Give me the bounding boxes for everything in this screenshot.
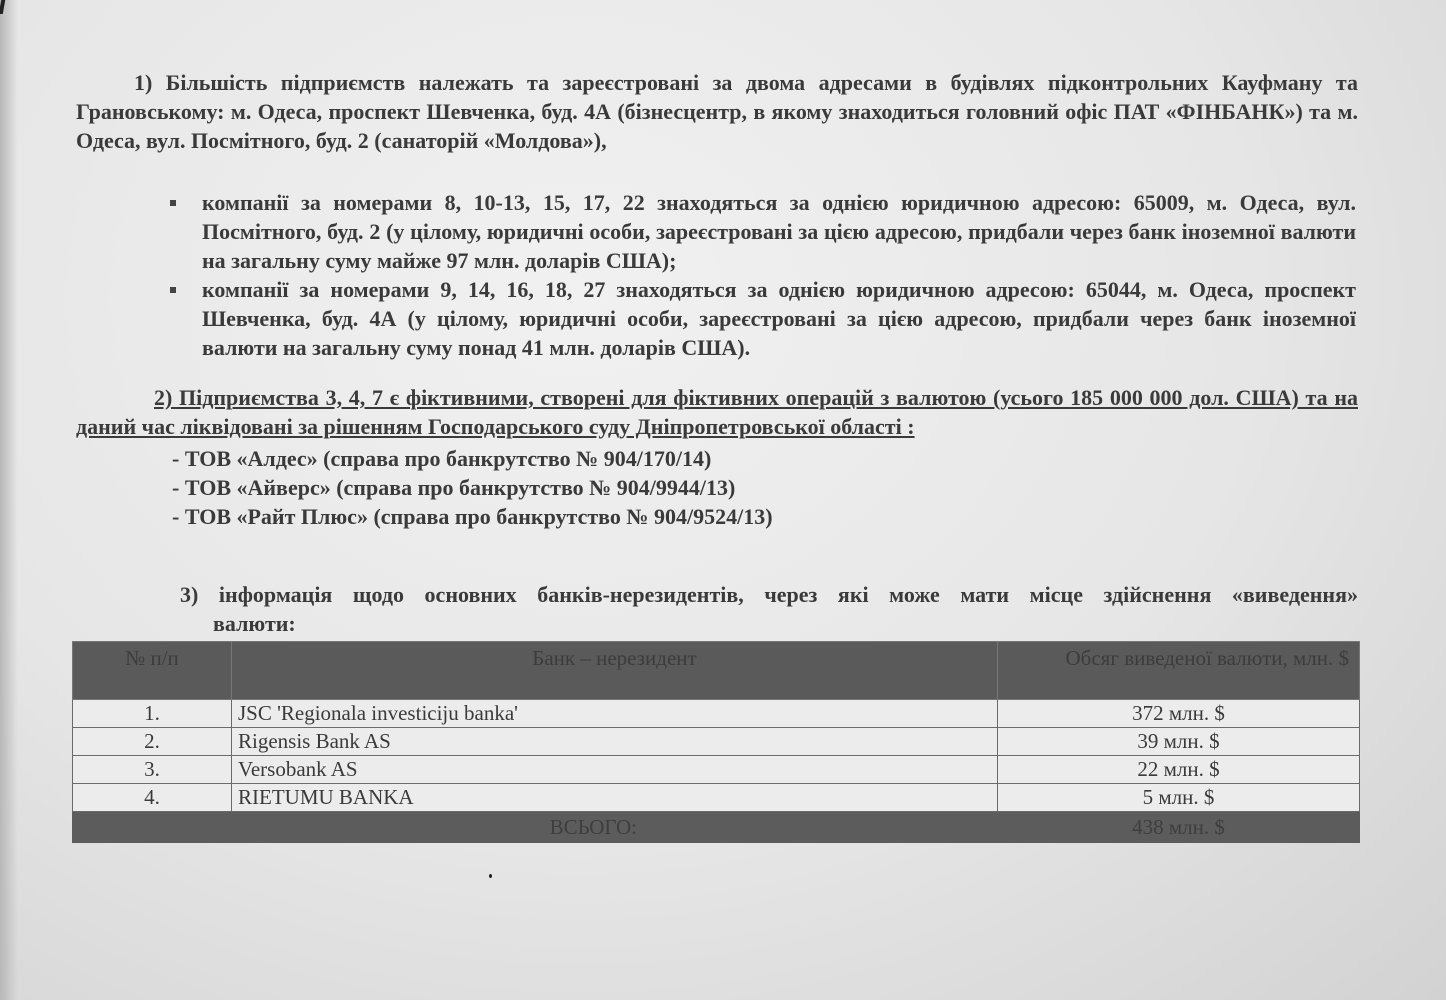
table-total-row: ВСЬОГО: 438 млн. $ bbox=[73, 812, 1360, 843]
cell-amount: 22 млн. $ bbox=[998, 756, 1360, 784]
cell-amount: 372 млн. $ bbox=[998, 700, 1360, 728]
entity-item: - ТОВ «Алдес» (справа про банкрутство № … bbox=[172, 444, 773, 473]
bullet-square-icon bbox=[170, 200, 176, 206]
table-row: 4. RIETUMU BANKA 5 млн. $ bbox=[73, 784, 1360, 812]
bullet-square-icon bbox=[170, 287, 176, 293]
entity-item: - ТОВ «Айверс» (справа про банкрутство №… bbox=[172, 473, 773, 502]
nonresident-banks-table: № п/п Банк – нерезидент Обсяг виведеної … bbox=[72, 641, 1360, 843]
bullet-text: компанії за номерами 9, 14, 16, 18, 27 з… bbox=[202, 277, 1356, 360]
cell-bank: RIETUMU BANKA bbox=[232, 784, 998, 812]
section-3-heading: 3) інформація щодо основних банків-нерез… bbox=[180, 580, 1358, 638]
bullet-text: компанії за номерами 8, 10-13, 15, 17, 2… bbox=[202, 190, 1356, 273]
section-2-paragraph: 2) Підприємства 3, 4, 7 є фіктивними, ст… bbox=[76, 383, 1358, 441]
section-2-text: 2) Підприємства 3, 4, 7 є фіктивними, ст… bbox=[76, 385, 1358, 439]
cell-bank: Versobank AS bbox=[232, 756, 998, 784]
address-bullet-list: компанії за номерами 8, 10-13, 15, 17, 2… bbox=[166, 188, 1356, 362]
cell-number: 2. bbox=[73, 728, 232, 756]
section-3-line-2: валюти: bbox=[180, 609, 1358, 638]
column-header-amount: Обсяг виведеної валюти, млн. $ bbox=[998, 642, 1360, 700]
cell-number: 3. bbox=[73, 756, 232, 784]
total-label: ВСЬОГО: bbox=[73, 812, 998, 843]
table-row: 1. JSC 'Regionala investiciju banka' 372… bbox=[73, 700, 1360, 728]
section-3-line-1: 3) інформація щодо основних банків-нерез… bbox=[180, 580, 1358, 609]
bullet-item: компанії за номерами 9, 14, 16, 18, 27 з… bbox=[166, 275, 1356, 362]
total-amount: 438 млн. $ bbox=[998, 812, 1360, 843]
table-row: 3. Versobank AS 22 млн. $ bbox=[73, 756, 1360, 784]
cell-bank: JSC 'Regionala investiciju banka' bbox=[232, 700, 998, 728]
entity-item: - ТОВ «Райт Плюс» (справа про банкрутств… bbox=[172, 502, 773, 531]
page-shadow-edge bbox=[0, 0, 18, 1000]
cell-number: 4. bbox=[73, 784, 232, 812]
cell-amount: 5 млн. $ bbox=[998, 784, 1360, 812]
cell-amount: 39 млн. $ bbox=[998, 728, 1360, 756]
bullet-item: компанії за номерами 8, 10-13, 15, 17, 2… bbox=[166, 188, 1356, 275]
table-row: 2. Rigensis Bank AS 39 млн. $ bbox=[73, 728, 1360, 756]
liquidated-entities-list: - ТОВ «Алдес» (справа про банкрутство № … bbox=[172, 444, 773, 531]
cell-bank: Rigensis Bank AS bbox=[232, 728, 998, 756]
section-1-paragraph: 1) Більшість підприємств належать та зар… bbox=[76, 68, 1358, 155]
section-1-text: 1) Більшість підприємств належать та зар… bbox=[76, 70, 1358, 153]
column-header-bank: Банк – нерезидент bbox=[232, 642, 998, 700]
paper-speck bbox=[489, 874, 492, 878]
table-header-row: № п/п Банк – нерезидент Обсяг виведеної … bbox=[73, 642, 1360, 700]
cell-number: 1. bbox=[73, 700, 232, 728]
column-header-number: № п/п bbox=[73, 642, 232, 700]
